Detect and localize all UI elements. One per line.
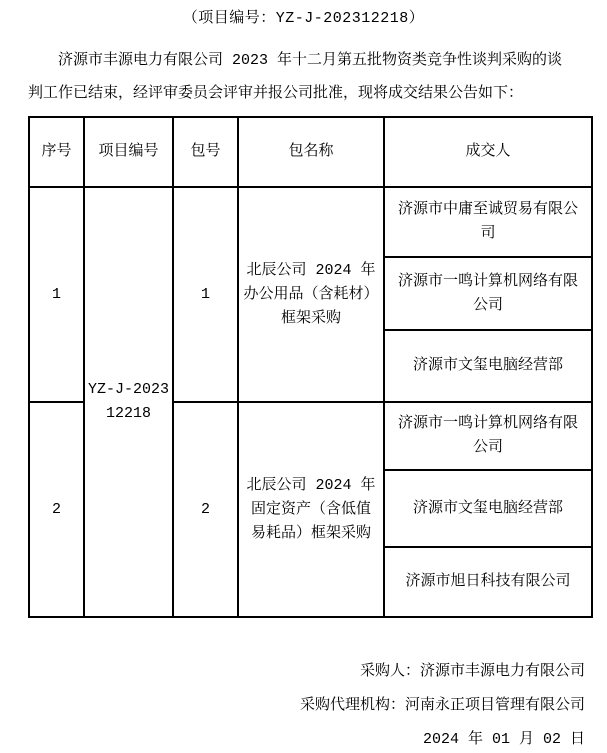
package-no-cell: 1 bbox=[173, 187, 238, 402]
buyer-line: 采购人：济源市丰源电力有限公司 bbox=[0, 655, 585, 689]
col-header-package-no: 包号 bbox=[173, 117, 238, 187]
col-header-seq: 序号 bbox=[29, 117, 84, 187]
package-name-cell: 北辰公司 2024 年 办公用品（含耗材） 框架采购 bbox=[238, 187, 384, 402]
signature-block: 采购人：济源市丰源电力有限公司 采购代理机构：河南永正项目管理有限公司 2024… bbox=[0, 655, 607, 753]
award-table: 序号 项目编号 包号 包名称 成交人 1 YZ-J-2023 12218 1 北… bbox=[28, 116, 593, 618]
seq-cell: 2 bbox=[29, 402, 84, 617]
winner-cell: 济源市一鸣计算机网络有限 公司 bbox=[384, 402, 592, 470]
seq-cell: 1 bbox=[29, 187, 84, 402]
agency-line: 采购代理机构：河南永正项目管理有限公司 bbox=[0, 689, 585, 723]
table-row: 1 YZ-J-2023 12218 1 北辰公司 2024 年 办公用品（含耗材… bbox=[29, 187, 592, 257]
winner-cell: 济源市文玺电脑经营部 bbox=[384, 330, 592, 402]
announcement-page: （项目编号：YZ-J-202312218） 济源市丰源电力有限公司 2023 年… bbox=[0, 0, 607, 753]
winner-cell: 济源市文玺电脑经营部 bbox=[384, 470, 592, 547]
date-line: 2024 年 01 月 02 日 bbox=[0, 723, 585, 753]
package-name-cell: 北辰公司 2024 年 固定资产（含低值 易耗品）框架采购 bbox=[238, 402, 384, 617]
winner-cell: 济源市旭日科技有限公司 bbox=[384, 547, 592, 617]
intro-paragraph: 济源市丰源电力有限公司 2023 年十二月第五批物资类竞争性谈判采购的谈 判工作… bbox=[28, 44, 579, 110]
package-no-cell: 2 bbox=[173, 402, 238, 617]
col-header-project-no: 项目编号 bbox=[84, 117, 173, 187]
col-header-package-name: 包名称 bbox=[238, 117, 384, 187]
project-number-line: （项目编号：YZ-J-202312218） bbox=[0, 8, 607, 30]
col-header-winner: 成交人 bbox=[384, 117, 592, 187]
project-number-cell: YZ-J-2023 12218 bbox=[84, 187, 173, 617]
winner-cell: 济源市一鸣计算机网络有限 公司 bbox=[384, 257, 592, 330]
winner-cell: 济源市中庸至诚贸易有限公 司 bbox=[384, 187, 592, 257]
table-header-row: 序号 项目编号 包号 包名称 成交人 bbox=[29, 117, 592, 187]
